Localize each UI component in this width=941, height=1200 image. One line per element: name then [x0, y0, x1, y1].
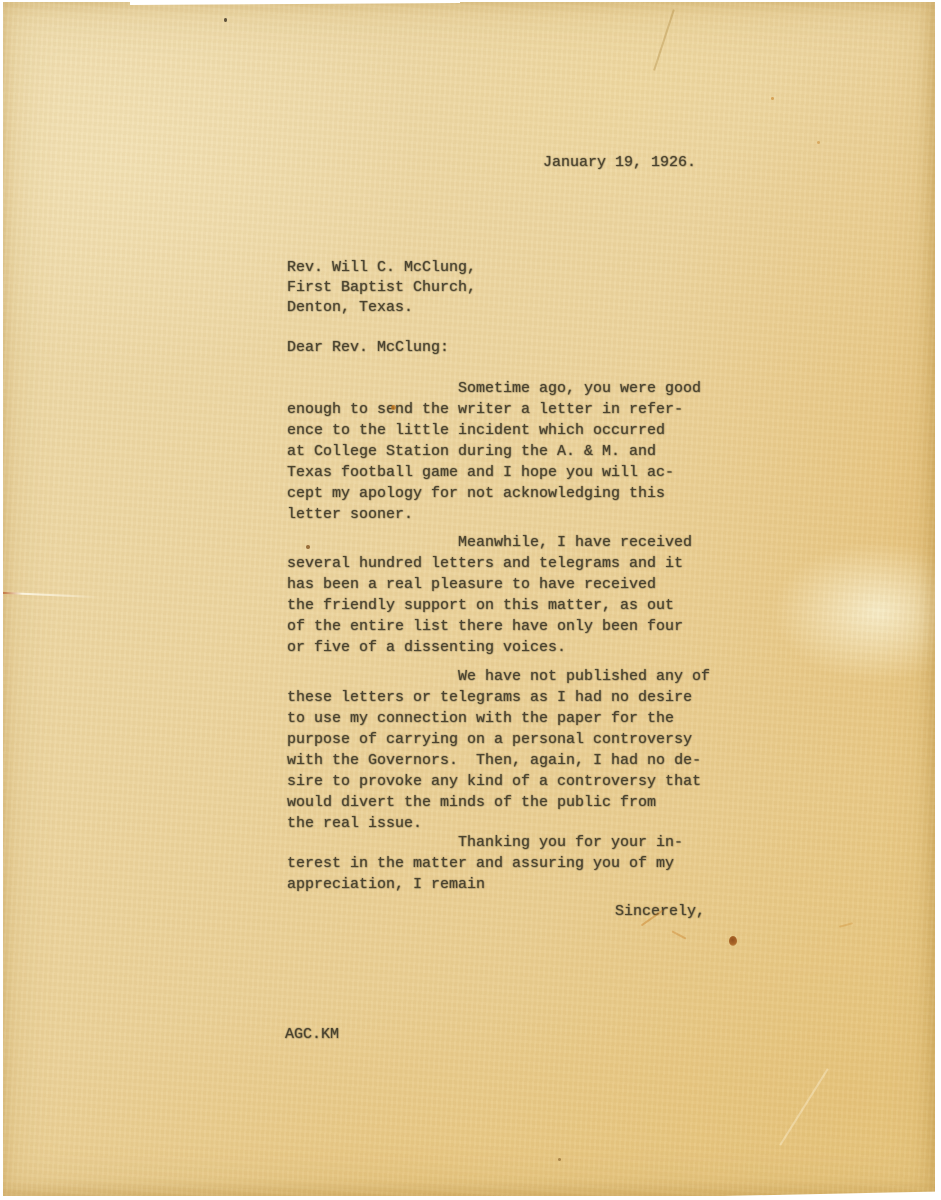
body-paragraph-1: Sometime ago, you were goodenough to sen… — [287, 378, 701, 525]
text-line: of the entire list there have only been … — [287, 616, 692, 637]
text-line: First Baptist Church, — [287, 278, 476, 298]
aged-paper-sheet: January 19, 1926. Rev. Will C. McClung,F… — [3, 2, 935, 1196]
text-line: with the Governors. Then, again, I had n… — [287, 750, 710, 771]
text-line: these letters or telegrams as I had no d… — [287, 687, 710, 708]
recipient-address-block: Rev. Will C. McClung,First Baptist Churc… — [287, 258, 476, 318]
text-line: or five of a dissenting voices. — [287, 637, 692, 658]
text-line: Denton, Texas. — [287, 298, 476, 318]
text-line: Rev. Will C. McClung, — [287, 258, 476, 278]
text-line: purpose of carrying on a personal contro… — [287, 729, 710, 750]
text-line: Thanking you for your in- — [287, 832, 683, 853]
body-paragraph-2: Meanwhile, I have receivedseveral hundre… — [287, 532, 692, 658]
text-line: enough to send the writer a letter in re… — [287, 399, 701, 420]
text-line: ence to the little incident which occurr… — [287, 420, 701, 441]
text-line: several hundred letters and telegrams an… — [287, 553, 692, 574]
text-line: would divert the minds of the public fro… — [287, 792, 710, 813]
body-paragraph-4: Thanking you for your in-terest in the m… — [287, 832, 683, 895]
text-line: Meanwhile, I have received — [287, 532, 692, 553]
typist-initials: AGC.KM — [285, 1024, 339, 1045]
text-line: the friendly support on this matter, as … — [287, 595, 692, 616]
text-line: at College Station during the A. & M. an… — [287, 441, 701, 462]
text-line: terest in the matter and assuring you of… — [287, 853, 683, 874]
text-line: cept my apology for not acknowledging th… — [287, 483, 701, 504]
text-line: Sometime ago, you were good — [287, 378, 701, 399]
letter-date: January 19, 1926. — [543, 152, 696, 173]
text-line: the real issue. — [287, 813, 710, 834]
text-line: to use my connection with the paper for … — [287, 708, 710, 729]
text-line: Texas football game and I hope you will … — [287, 462, 701, 483]
text-line: We have not published any of — [287, 666, 710, 687]
text-line: appreciation, I remain — [287, 874, 683, 895]
text-line: has been a real pleasure to have receive… — [287, 574, 692, 595]
scanned-letter-page: January 19, 1926. Rev. Will C. McClung,F… — [0, 0, 941, 1200]
salutation: Dear Rev. McClung: — [287, 337, 449, 358]
body-paragraph-3: We have not published any ofthese letter… — [287, 666, 710, 834]
text-line: sire to provoke any kind of a controvers… — [287, 771, 710, 792]
complimentary-close: Sincerely, — [615, 901, 705, 922]
text-line: letter sooner. — [287, 504, 701, 525]
